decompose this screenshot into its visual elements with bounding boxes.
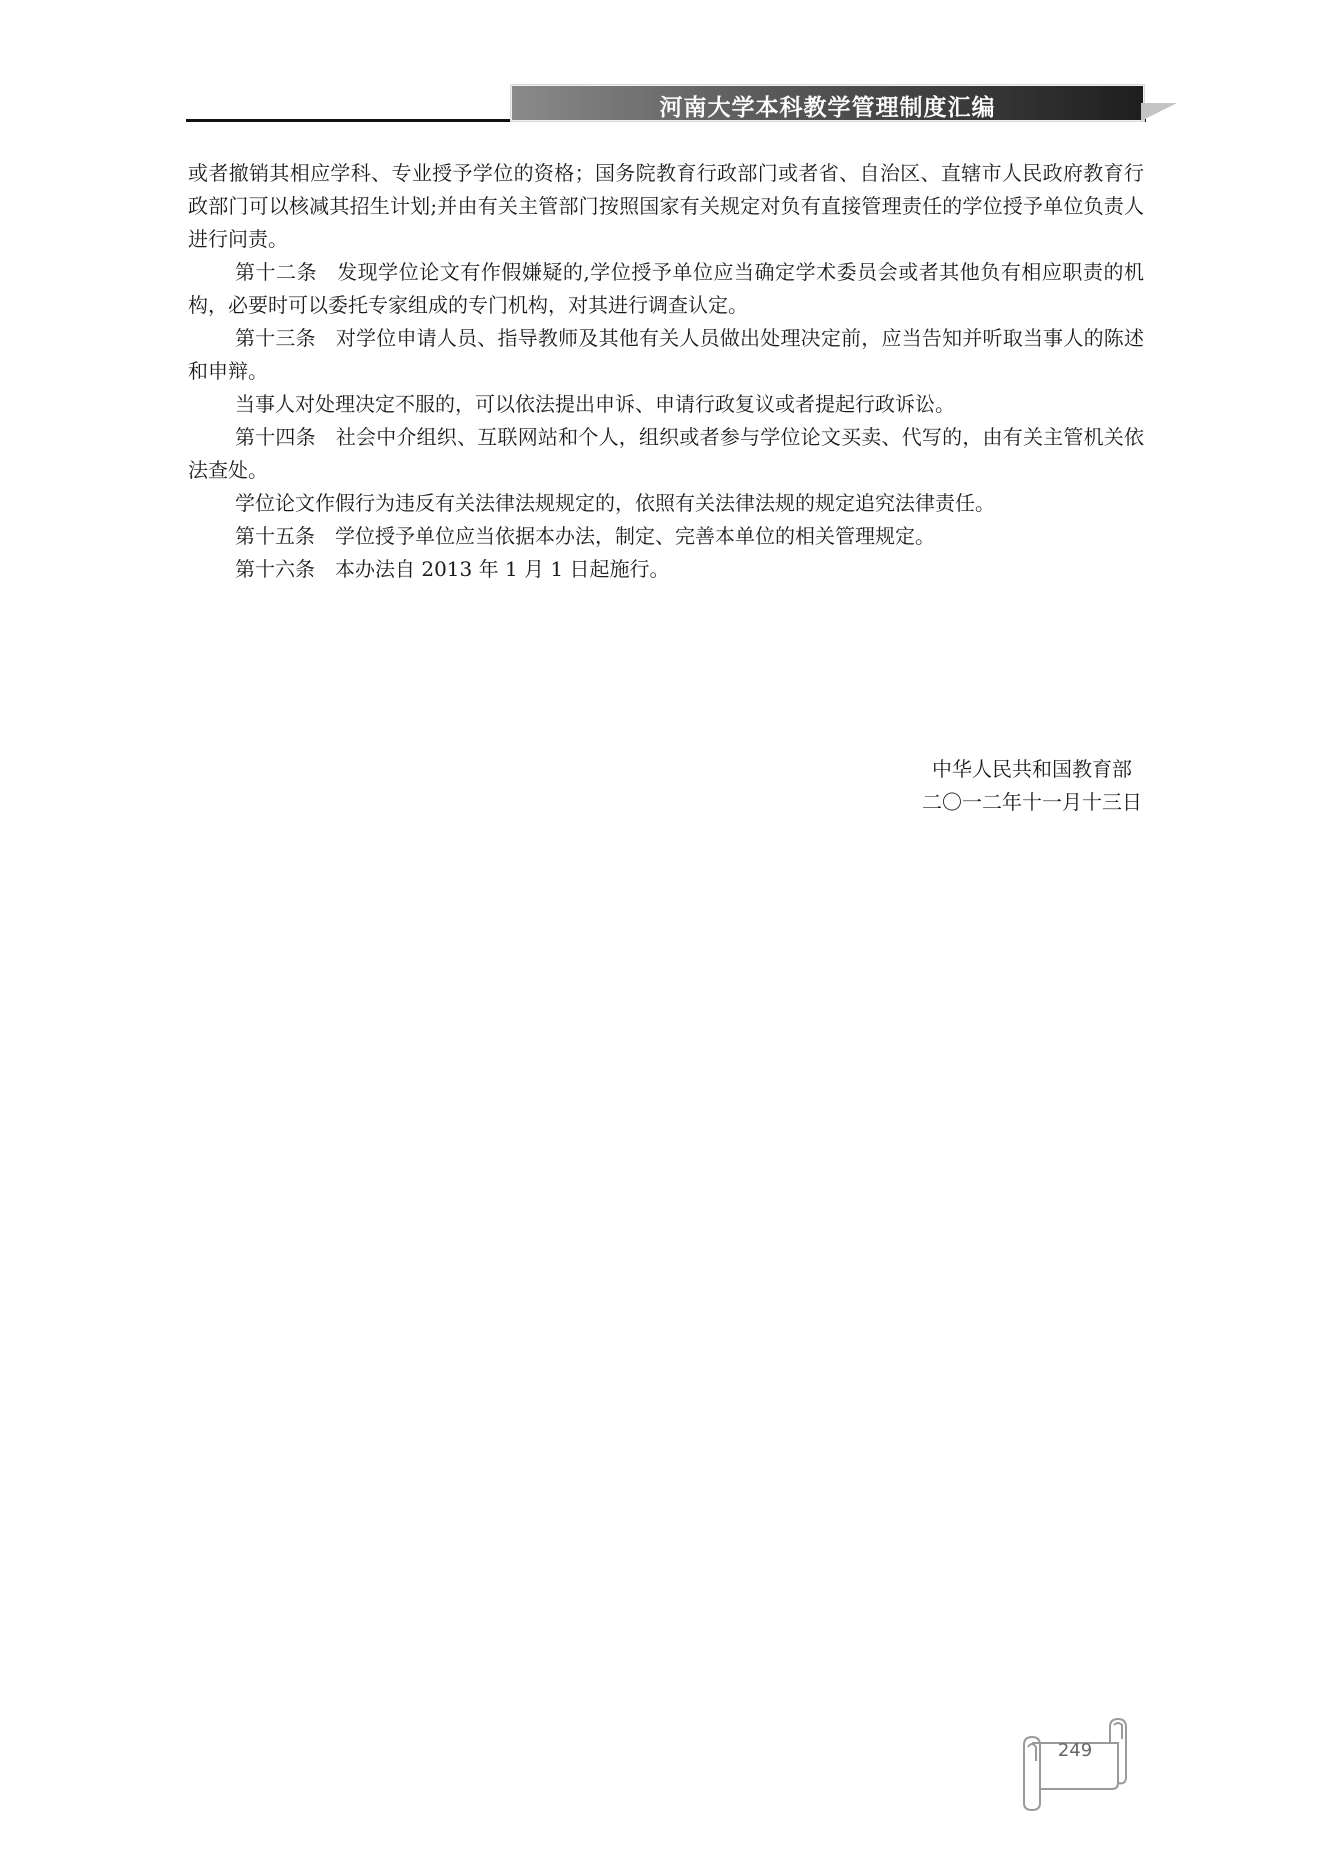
article-16: 第十六条本办法自 2013 年 1 月 1 日起施行。 — [188, 553, 1144, 586]
article-13: 第十三条对学位申请人员、指导教师及其他有关人员做出处理决定前，应当告知并听取当事… — [188, 322, 1144, 388]
article-label: 第十二条 — [235, 260, 317, 284]
paragraph-text: 对学位申请人员、指导教师及其他有关人员做出处理决定前，应当告知并听取当事人的陈述… — [188, 326, 1144, 383]
header-banner: 河南大学本科教学管理制度汇编 — [510, 84, 1145, 122]
article-13-appeal: 当事人对处理决定不服的，可以依法提出申诉、申请行政复议或者提起行政诉讼。 — [188, 388, 1144, 421]
article-label: 第十四条 — [235, 425, 316, 449]
page-number: 249 — [1040, 1740, 1110, 1761]
paragraph-text: 学位授予单位应当依据本办法，制定、完善本单位的相关管理规定。 — [335, 524, 935, 548]
article-12: 第十二条发现学位论文有作假嫌疑的,学位授予单位应当确定学术委员会或者其他负有相应… — [188, 256, 1144, 322]
article-14-liability: 学位论文作假行为违反有关法律法规规定的，依照有关法律法规的规定追究法律责任。 — [188, 487, 1144, 520]
paragraph-text: 学位论文作假行为违反有关法律法规规定的，依照有关法律法规的规定追究法律责任。 — [235, 491, 995, 515]
signature-organization: 中华人民共和国教育部 — [922, 753, 1142, 786]
article-label: 第十六条 — [235, 557, 315, 581]
scroll-icon — [1010, 1717, 1140, 1811]
paragraph-text: 发现学位论文有作假嫌疑的,学位授予单位应当确定学术委员会或者其他负有相应职责的机… — [188, 260, 1144, 317]
paragraph-text: 当事人对处理决定不服的，可以依法提出申诉、申请行政复议或者提起行政诉讼。 — [235, 392, 955, 416]
signature-date: 二〇一二年十一月十三日 — [922, 786, 1142, 819]
paragraph-text: 社会中介组织、互联网站和个人，组织或者参与学位论文买卖、代写的，由有关主管机关依… — [188, 425, 1144, 482]
signature-block: 中华人民共和国教育部 二〇一二年十一月十三日 — [922, 753, 1142, 819]
header-corner-triangle — [1141, 101, 1177, 121]
paragraph-0: 或者撤销其相应学科、专业授予学位的资格；国务院教育行政部门或者省、自治区、直辖市… — [188, 157, 1144, 256]
article-14: 第十四条社会中介组织、互联网站和个人，组织或者参与学位论文买卖、代写的，由有关主… — [188, 421, 1144, 487]
paragraph-text: 本办法自 2013 年 1 月 1 日起施行。 — [335, 557, 670, 581]
header-title: 河南大学本科教学管理制度汇编 — [511, 89, 1144, 122]
paragraph-text: 或者撤销其相应学科、专业授予学位的资格；国务院教育行政部门或者省、自治区、直辖市… — [188, 161, 1144, 251]
article-15: 第十五条学位授予单位应当依据本办法，制定、完善本单位的相关管理规定。 — [188, 520, 1144, 553]
article-label: 第十五条 — [235, 524, 315, 548]
document-body: 或者撤销其相应学科、专业授予学位的资格；国务院教育行政部门或者省、自治区、直辖市… — [188, 157, 1144, 586]
article-label: 第十三条 — [235, 326, 316, 350]
